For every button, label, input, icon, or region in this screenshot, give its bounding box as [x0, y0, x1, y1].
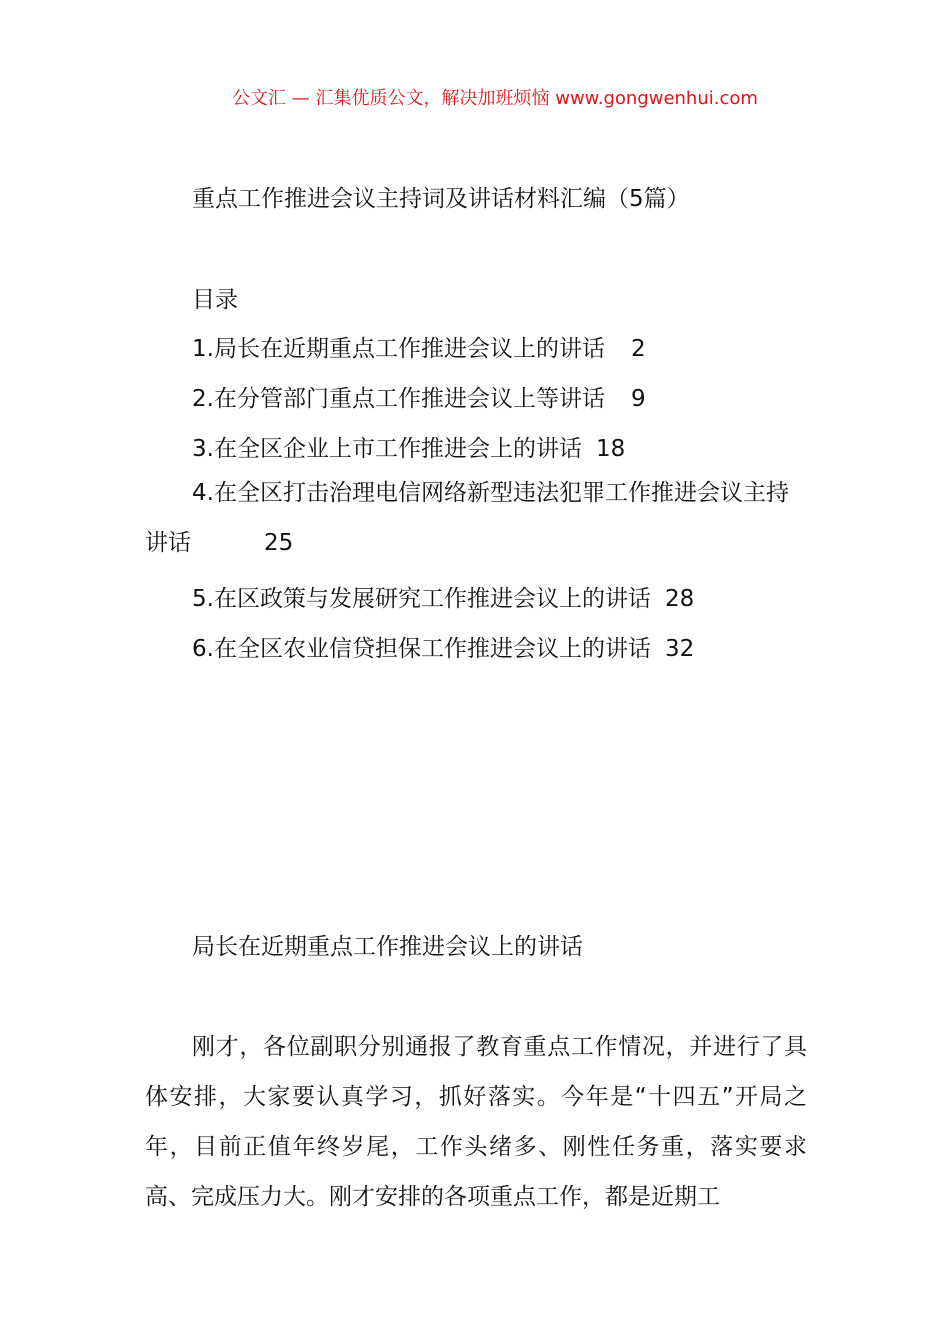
toc-item-page: 25 — [217, 518, 293, 568]
site-banner: 公文汇 — 汇集优质公文，解决加班烦恼 www.gongwenhui.com — [0, 84, 950, 110]
toc-item: 5.在区政策与发展研究工作推进会议上的讲话28 — [192, 580, 694, 613]
toc-item-page: 18 — [596, 436, 625, 462]
toc-item: 1.局长在近期重点工作推进会议上的讲话2 — [192, 330, 646, 363]
toc-item: 3.在全区企业上市工作推进会上的讲话18 — [192, 430, 625, 463]
toc-item: 4.在全区打击治理电信网络新型违法犯罪工作推进会议主持讲话25 — [145, 468, 810, 568]
toc-item-page: 28 — [665, 586, 694, 612]
toc-item: 6.在全区农业信贷担保工作推进会议上的讲话32 — [192, 630, 694, 663]
toc-item-label: 5.在区政策与发展研究工作推进会议上的讲话 — [192, 586, 651, 612]
section-title: 局长在近期重点工作推进会议上的讲话 — [192, 928, 583, 961]
toc-item: 2.在分管部门重点工作推进会议上等讲话9 — [192, 380, 646, 413]
toc-item-label: 2.在分管部门重点工作推进会议上等讲话 — [192, 386, 605, 412]
toc-item-label: 3.在全区企业上市工作推进会上的讲话 — [192, 436, 582, 462]
toc-heading: 目录 — [192, 281, 238, 314]
body-paragraph: 刚才，各位副职分别通报了教育重点工作情况，并进行了具体安排，大家要认真学习，抓好… — [145, 1022, 807, 1222]
toc-item-page: 2 — [631, 336, 646, 362]
toc-item-label: 6.在全区农业信贷担保工作推进会议上的讲话 — [192, 636, 651, 662]
toc-item-page: 32 — [665, 636, 694, 662]
document-title: 重点工作推进会议主持词及讲话材料汇编（5篇） — [192, 180, 690, 213]
toc-item-page: 9 — [631, 386, 646, 412]
toc-item-label: 1.局长在近期重点工作推进会议上的讲话 — [192, 336, 605, 362]
